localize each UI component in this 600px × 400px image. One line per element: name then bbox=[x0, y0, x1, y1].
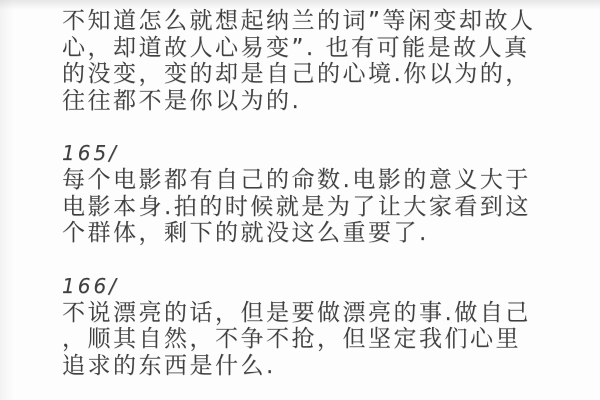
note-line: 不知道怎么就想起纳兰的词”等闲变却故人 bbox=[62, 8, 572, 35]
note-line: 不说漂亮的话，但是要做漂亮的事.做自己 bbox=[62, 300, 572, 327]
note-line: 心，却道故人心易变”. 也有可能是故人真 bbox=[62, 35, 572, 62]
entry-number: 166/ bbox=[62, 273, 572, 299]
note-line: 电影本身.拍的时候就是为了让大家看到这 bbox=[62, 194, 572, 221]
note-line: ，顺其自然，不争不抢，但坚定我们心里 bbox=[62, 326, 572, 353]
handwritten-note-page: 不知道怎么就想起纳兰的词”等闲变却故人 心，却道故人心易变”. 也有可能是故人真… bbox=[0, 0, 600, 400]
note-entry-165: 165/ 每个电影都有自己的命数.电影的意义大于 电影本身.拍的时候就是为了让大… bbox=[62, 140, 572, 247]
entry-number: 165/ bbox=[62, 140, 572, 166]
note-line: 每个电影都有自己的命数.电影的意义大于 bbox=[62, 167, 572, 194]
note-line: 往往都不是你以为的. bbox=[62, 88, 572, 115]
note-entry-1: 不知道怎么就想起纳兰的词”等闲变却故人 心，却道故人心易变”. 也有可能是故人真… bbox=[62, 8, 572, 114]
note-entry-166: 166/ 不说漂亮的话，但是要做漂亮的事.做自己 ，顺其自然，不争不抢，但坚定我… bbox=[62, 273, 572, 380]
note-line: 追求的东西是什么. bbox=[62, 353, 572, 380]
note-line: 个群体，剩下的就没这么重要了. bbox=[62, 220, 572, 247]
note-line: 的没变，变的却是自己的心境.你以为的， bbox=[62, 61, 572, 88]
